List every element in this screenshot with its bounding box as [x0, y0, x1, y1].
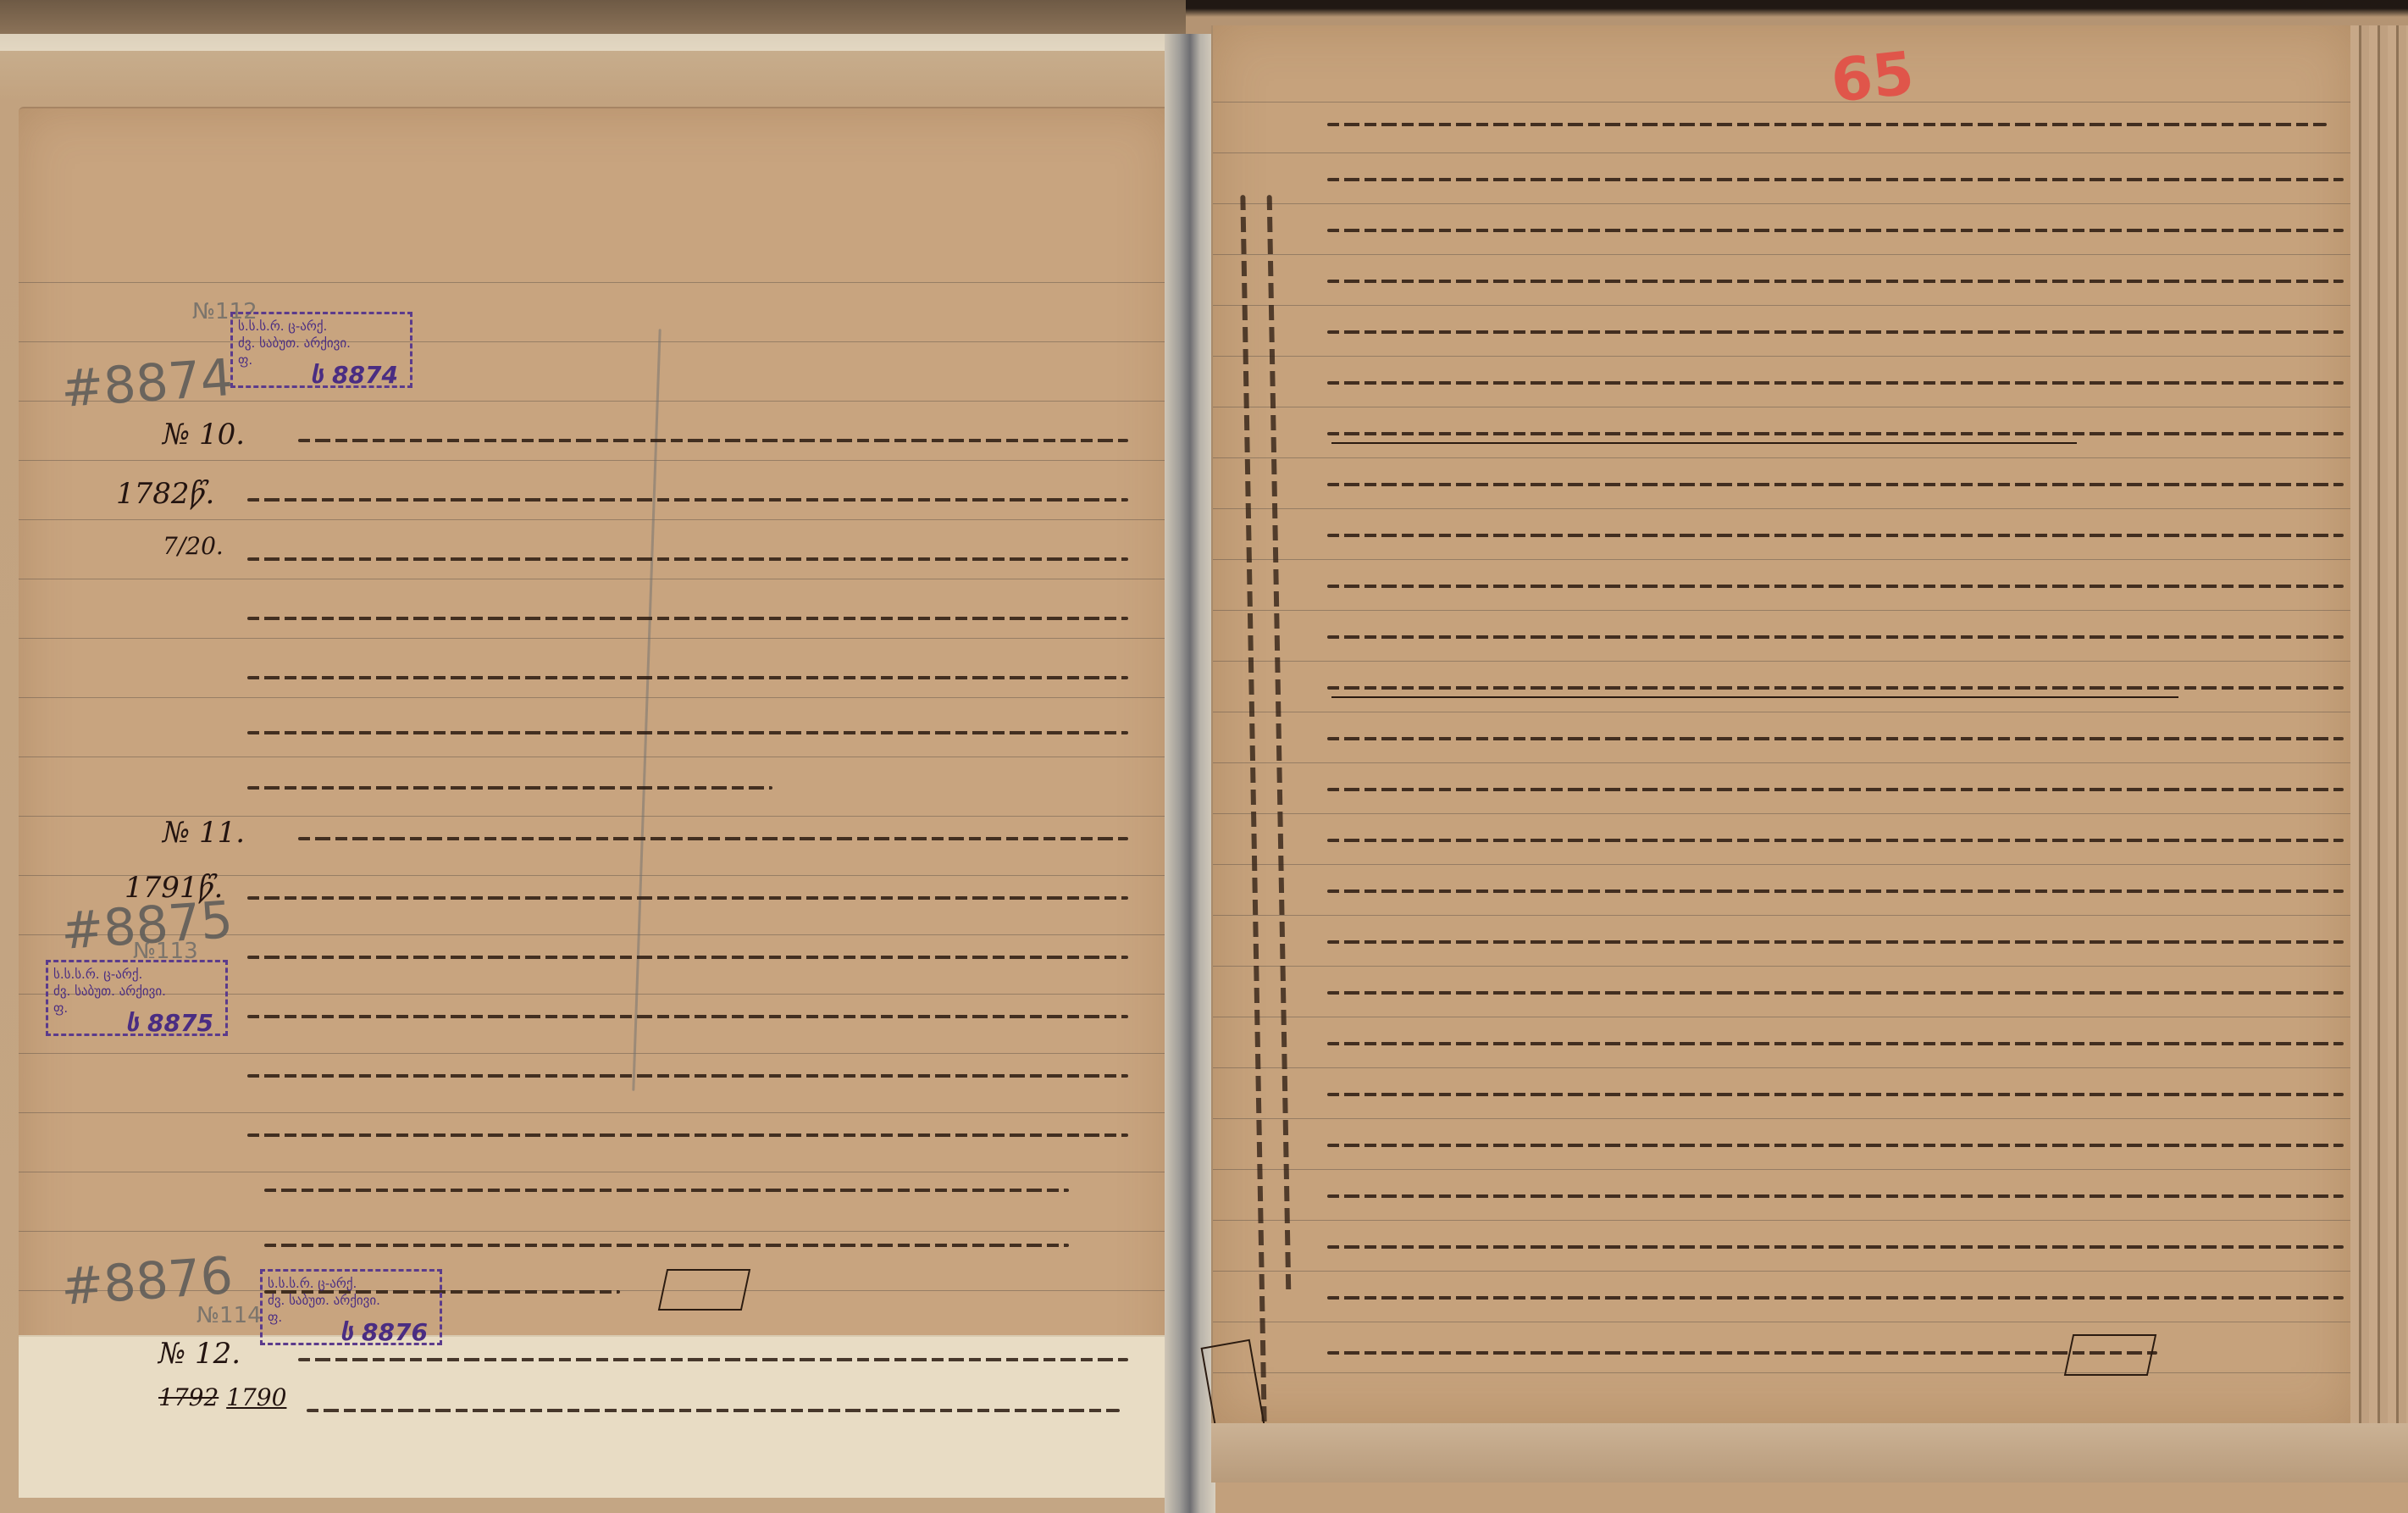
- handwritten-line: [247, 1133, 1128, 1137]
- handwritten-line: [1327, 839, 2344, 842]
- signature-seal: [658, 1269, 750, 1311]
- handwritten-line: [247, 557, 1128, 561]
- underline: [1331, 696, 2178, 698]
- handwritten-line: [247, 786, 772, 790]
- handwritten-line: [1327, 432, 2344, 435]
- handwritten-line: [1327, 534, 2344, 537]
- struck-year: 1792: [158, 1383, 219, 1411]
- accession-number: #8874: [59, 348, 235, 419]
- archive-stamp: ს.ს.ს.რ. ც-არქ. ძვ. საბუთ. არქივი. ფ. ს …: [230, 312, 412, 388]
- handwritten-line: [1327, 1144, 2344, 1147]
- handwritten-line: [247, 1015, 1128, 1018]
- stamp-line: ძვ. საბუთ. არქივი.: [53, 983, 220, 1000]
- entry-label: № 12.: [158, 1337, 241, 1371]
- handwritten-line: [1327, 178, 2344, 181]
- binding-gutter: [1165, 34, 1215, 1513]
- signature-seal: [2064, 1334, 2156, 1376]
- archive-stamp: ს.ს.ს.რ. ც-არქ. ძვ. საბუთ. არქივი. ფ. ს …: [46, 960, 228, 1036]
- stamp-line: ს.ს.ს.რ. ც-არქ.: [238, 318, 405, 335]
- handwritten-line: [247, 617, 1128, 620]
- handwritten-line: [264, 1189, 1069, 1192]
- handwritten-line: [1327, 1042, 2344, 1045]
- entry-label: № 10.: [163, 418, 245, 452]
- stamp-number: ს 8876: [340, 1324, 428, 1341]
- handwritten-line: [298, 837, 1128, 840]
- underline: [1331, 442, 2077, 444]
- handwritten-line: [1327, 890, 2344, 893]
- pencil-mark: [632, 329, 661, 1091]
- handwritten-line: [1327, 123, 2327, 126]
- handwritten-line: [247, 1074, 1128, 1078]
- handwritten-line: [1327, 1093, 2344, 1096]
- stacked-page-edges: [2350, 25, 2408, 1449]
- archive-stamp: ს.ს.ს.რ. ც-არქ. ძვ. საბუთ. არქივი. ფ. ს …: [260, 1269, 442, 1345]
- handwritten-line: [307, 1409, 1120, 1412]
- handwritten-line: [247, 676, 1128, 679]
- stamp-number: ს 8874: [311, 367, 398, 384]
- year-suffix: წ.: [190, 477, 215, 511]
- stacked-page-bottom: [1211, 1423, 2408, 1483]
- accession-sub-number: №114: [197, 1303, 262, 1328]
- page-number: 65: [1828, 38, 1917, 116]
- handwritten-line: [1327, 330, 2344, 334]
- handwritten-line: [1327, 686, 2344, 690]
- handwritten-line: [1327, 1351, 2157, 1355]
- handwritten-line: [247, 956, 1128, 959]
- handwritten-line: [1327, 280, 2344, 283]
- entry-year: 1792 1790: [158, 1383, 286, 1411]
- handwritten-line: [247, 731, 1128, 734]
- handwritten-line: [1327, 940, 2344, 944]
- right-page: 65: [1211, 25, 2352, 1423]
- binding-tape: [0, 34, 1186, 51]
- handwritten-line: [1327, 1194, 2344, 1198]
- year: 1790: [226, 1383, 286, 1411]
- stamp-line: ს.ს.ს.რ. ც-არქ.: [53, 966, 220, 983]
- handwritten-line: [1327, 381, 2344, 385]
- entry-year: 1782წ.: [116, 477, 214, 511]
- vertical-margin-note: [1240, 195, 1266, 1423]
- stamp-number: ს 8875: [126, 1015, 213, 1032]
- left-page: #8874 №112 ს.ს.ს.რ. ც-არქ. ძვ. საბუთ. არ…: [19, 107, 1171, 1498]
- year: 1782: [116, 477, 190, 511]
- handwritten-line: [1327, 788, 2344, 791]
- handwritten-line: [1327, 1296, 2344, 1300]
- entry-label: № 11.: [163, 816, 245, 850]
- handwritten-line: [1327, 991, 2344, 995]
- handwritten-line: [1327, 1245, 2344, 1249]
- date-fragment: 7/20.: [163, 532, 224, 560]
- stamp-line: ძვ. საბუთ. არქივი.: [238, 335, 405, 352]
- handwritten-line: [1327, 483, 2344, 486]
- stamp-line: ს.ს.ს.რ. ც-არქ.: [268, 1275, 435, 1292]
- handwritten-line: [1327, 229, 2344, 232]
- handwritten-line: [1327, 737, 2344, 740]
- vertical-margin-note: [1267, 195, 1292, 1296]
- handwritten-line: [298, 439, 1128, 442]
- handwritten-line: [247, 896, 1128, 900]
- stamp-line: ძვ. საბუთ. არქივი.: [268, 1292, 435, 1309]
- handwritten-line: [1327, 635, 2344, 639]
- handwritten-line: [264, 1244, 1069, 1247]
- handwritten-line: [298, 1358, 1128, 1361]
- handwritten-line: [247, 498, 1128, 502]
- handwritten-line: [1327, 585, 2344, 588]
